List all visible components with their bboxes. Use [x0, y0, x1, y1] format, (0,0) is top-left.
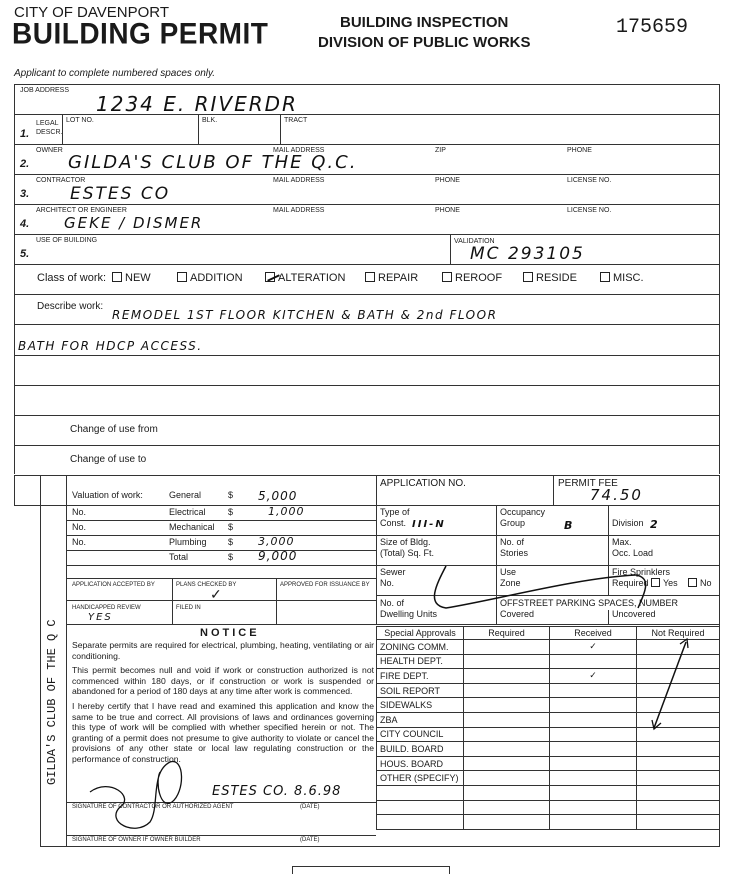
- class-option-addition[interactable]: ADDITION: [177, 272, 243, 284]
- owner-label: OWNER: [36, 147, 63, 154]
- application-no-label: APPLICATION NO.: [380, 478, 466, 489]
- not-required-arrow: [640, 636, 700, 736]
- approval-received-cell[interactable]: ✓: [550, 640, 637, 655]
- division-label: Division: [612, 518, 644, 528]
- stamp-box: [292, 866, 450, 874]
- stories-label-2: Stories: [500, 548, 528, 558]
- approval-received-cell[interactable]: [550, 756, 637, 771]
- contractor-phone-label: PHONE: [435, 177, 460, 184]
- architect-license-label: LICENSE NO.: [567, 207, 611, 214]
- architect-mail-label: MAIL ADDRESS: [273, 207, 324, 214]
- occ-load-label-1: Max.: [612, 537, 632, 547]
- contractor-label: CONTRACTOR: [36, 177, 85, 184]
- valuation-dollar-plumbing: $: [228, 537, 233, 547]
- checkbox-repair[interactable]: [365, 272, 375, 282]
- blk-label: BLK.: [202, 117, 217, 124]
- approval-received-cell[interactable]: [550, 800, 637, 815]
- page-title: BUILDING PERMIT: [12, 17, 268, 51]
- approval-name: FIRE DEPT.: [377, 669, 464, 684]
- approval-row: [377, 800, 720, 815]
- notice-paragraph-1: Separate permits are required for electr…: [72, 640, 374, 661]
- valuation-dollar-mechanical: $: [228, 522, 233, 532]
- architect-label: ARCHITECT OR ENGINEER: [36, 207, 127, 214]
- approval-required-cell[interactable]: [464, 683, 550, 698]
- type-const-label-2: Const.: [380, 518, 406, 528]
- lot-no-label: LOT NO.: [66, 117, 94, 124]
- describe-work-line-2[interactable]: BATH FOR HDCP ACCESS.: [18, 339, 203, 353]
- row-number-1: 1.: [20, 128, 29, 140]
- checkbox-alteration[interactable]: [265, 272, 275, 282]
- approval-row: OTHER (SPECIFY): [377, 771, 720, 786]
- approval-row: BUILD. BOARD: [377, 742, 720, 757]
- valuation-type-total: Total: [169, 552, 188, 562]
- owner-mail-label: MAIL ADDRESS: [273, 147, 324, 154]
- approval-received-cell[interactable]: [550, 742, 637, 757]
- handicapped-review-field[interactable]: YES: [88, 612, 113, 623]
- class-option-misc[interactable]: MISC.: [600, 272, 644, 284]
- checkbox-sprinklers-no[interactable]: [688, 578, 697, 587]
- valuation-type-plumbing: Plumbing: [169, 537, 207, 547]
- validation-field[interactable]: MC 293105: [470, 244, 585, 264]
- occupancy-field[interactable]: B: [564, 519, 574, 532]
- valuation-dollar-total: $: [228, 552, 233, 562]
- approval-received-cell[interactable]: [550, 698, 637, 713]
- job-address-field[interactable]: 1234 E. RIVERDR: [96, 92, 298, 116]
- approval-required-cell[interactable]: [464, 727, 550, 742]
- approval-not-required-cell[interactable]: [637, 785, 720, 800]
- approvals-header-name: Special Approvals: [377, 627, 464, 640]
- valuation-type-electrical: Electrical: [169, 507, 206, 517]
- approval-received-cell[interactable]: [550, 727, 637, 742]
- type-const-field[interactable]: III-N: [412, 519, 446, 530]
- valuation-dollar-electrical: $: [228, 507, 233, 517]
- owner-signature-label: SIGNATURE OF OWNER IF OWNER BUILDER: [72, 837, 201, 843]
- describe-work-line-1[interactable]: REMODEL 1ST FLOOR KITCHEN & BATH & 2nd F…: [112, 308, 497, 322]
- dept-line-2: DIVISION OF PUBLIC WORKS: [318, 34, 531, 51]
- row-number-2: 2.: [20, 158, 29, 170]
- approval-name: BUILD. BOARD: [377, 742, 464, 757]
- owner-zip-label: ZIP: [435, 147, 446, 154]
- type-const-label-1: Type of: [380, 507, 410, 517]
- row-number-5: 5.: [20, 248, 29, 260]
- change-use-to-label: Change of use to: [70, 454, 146, 465]
- valuation-value-general[interactable]: 5,000: [258, 489, 297, 503]
- instruction: Applicant to complete numbered spaces on…: [14, 68, 215, 79]
- approval-required-cell[interactable]: [464, 669, 550, 684]
- class-option-alteration[interactable]: ALTERATION: [265, 272, 345, 284]
- approvals-header-required: Required: [464, 627, 550, 640]
- owner-field[interactable]: GILDA'S CLUB OF THE Q.C.: [68, 152, 357, 173]
- handicapped-review-label: HANDICAPPED REVIEW: [72, 605, 141, 611]
- tract-label: TRACT: [284, 117, 307, 124]
- approval-row: [377, 785, 720, 800]
- occupancy-label-1: Occupancy: [500, 507, 545, 517]
- change-use-from-label: Change of use from: [70, 424, 158, 435]
- valuation-no-electrical: No.: [72, 507, 86, 517]
- approval-name[interactable]: [377, 815, 464, 830]
- occupancy-label-2: Group: [500, 518, 525, 528]
- signature-scribble: [80, 752, 190, 842]
- notice-title: NOTICE: [200, 627, 260, 639]
- approval-received-cell[interactable]: [550, 815, 637, 830]
- plans-checked-label: PLANS CHECKED BY: [176, 582, 236, 588]
- approval-name: HEALTH DEPT.: [377, 654, 464, 669]
- approval-row: [377, 815, 720, 830]
- approval-name: HOUS. BOARD: [377, 756, 464, 771]
- permit-fee-field[interactable]: 74.50: [590, 486, 643, 504]
- approval-name: ZBA: [377, 712, 464, 727]
- class-option-reroof[interactable]: REROOF: [442, 272, 502, 284]
- approval-required-cell[interactable]: [464, 712, 550, 727]
- valuation-type-general: General: [169, 490, 201, 500]
- class-option-repair[interactable]: REPAIR: [365, 272, 418, 284]
- class-option-reside[interactable]: RESIDE: [523, 272, 577, 284]
- row-number-3: 3.: [20, 188, 29, 200]
- contractor-mail-label: MAIL ADDRESS: [273, 177, 324, 184]
- approvals-header-received: Received: [550, 627, 637, 640]
- checkbox-reside[interactable]: [523, 272, 533, 282]
- notice-paragraph-2: This permit becomes null and void if wor…: [72, 665, 374, 697]
- valuation-dollar-general: $: [228, 490, 233, 500]
- stories-label-1: No. of: [500, 537, 524, 547]
- valuation-value-total[interactable]: 9,000: [258, 549, 297, 563]
- approval-required-cell[interactable]: [464, 771, 550, 786]
- class-of-work-label: Class of work:: [37, 272, 106, 284]
- checkbox-reroof[interactable]: [442, 272, 452, 282]
- approval-name: ZONING COMM.: [377, 640, 464, 655]
- valuation-value-electrical[interactable]: 1,000: [268, 505, 305, 518]
- approval-name: SIDEWALKS: [377, 698, 464, 713]
- valuation-type-mechanical: Mechanical: [169, 522, 215, 532]
- job-address-label: JOB ADDRESS: [20, 87, 69, 94]
- contractor-license-label: LICENSE NO.: [567, 177, 611, 184]
- sprinklers-no[interactable]: No: [688, 578, 712, 588]
- approval-required-cell[interactable]: [464, 756, 550, 771]
- approval-not-required-cell[interactable]: [637, 742, 720, 757]
- size-label-1: Size of Bldg.: [380, 537, 431, 547]
- approval-received-cell[interactable]: [550, 683, 637, 698]
- margin-owner: GILDA'S CLUB OF THE Q C: [45, 585, 59, 785]
- approval-required-cell[interactable]: [464, 640, 550, 655]
- valuation-no-mechanical: No.: [72, 522, 86, 532]
- valuation-value-plumbing[interactable]: 3,000: [258, 535, 295, 548]
- approval-received-cell[interactable]: [550, 771, 637, 786]
- approval-received-cell[interactable]: [550, 785, 637, 800]
- approval-not-required-cell[interactable]: [637, 756, 720, 771]
- architect-phone-label: PHONE: [435, 207, 460, 214]
- permit-number: 175659: [616, 16, 688, 39]
- occ-load-label-2: Occ. Load: [612, 548, 653, 558]
- scribble-mark: [376, 560, 656, 620]
- dept-line-1: BUILDING INSPECTION: [340, 14, 508, 31]
- checkbox-addition[interactable]: [177, 272, 187, 282]
- describe-work-label: Describe work:: [37, 301, 103, 312]
- approval-row: HOUS. BOARD: [377, 756, 720, 771]
- approval-received-cell[interactable]: ✓: [550, 669, 637, 684]
- valuation-label: Valuation of work:: [72, 490, 143, 500]
- owner-phone-label: PHONE: [567, 147, 592, 154]
- approval-received-cell[interactable]: [550, 654, 637, 669]
- class-option-new[interactable]: NEW: [112, 272, 151, 284]
- approval-name[interactable]: [377, 785, 464, 800]
- plans-checked-mark: ✓: [210, 586, 222, 603]
- approval-required-cell[interactable]: [464, 785, 550, 800]
- approval-required-cell[interactable]: [464, 815, 550, 830]
- approval-name[interactable]: [377, 800, 464, 815]
- filed-in-label: FILED IN: [176, 605, 201, 611]
- approved-by-label: APPROVED FOR ISSUANCE BY: [280, 582, 370, 588]
- approval-received-cell[interactable]: [550, 712, 637, 727]
- approval-name: OTHER (SPECIFY): [377, 771, 464, 786]
- division-field[interactable]: 2: [650, 518, 660, 531]
- checkbox-new[interactable]: [112, 272, 122, 282]
- approval-required-cell[interactable]: [464, 654, 550, 669]
- approval-name: CITY COUNCIL: [377, 727, 464, 742]
- contractor-signature-field[interactable]: ESTES CO. 8.6.98: [212, 784, 341, 799]
- approval-not-required-cell[interactable]: [637, 771, 720, 786]
- approval-name: SOIL REPORT: [377, 683, 464, 698]
- approval-not-required-cell[interactable]: [637, 815, 720, 830]
- architect-field[interactable]: GEKE / DISMER: [64, 214, 203, 232]
- legal-label-2: DESCR.: [36, 129, 62, 136]
- accepted-by-label: APPLICATION ACCEPTED BY: [72, 582, 155, 588]
- checkbox-misc[interactable]: [600, 272, 610, 282]
- approval-required-cell[interactable]: [464, 698, 550, 713]
- contractor-signature-date-label: (DATE): [300, 804, 320, 810]
- size-label-2: (Total) Sq. Ft.: [380, 548, 434, 558]
- approval-not-required-cell[interactable]: [637, 800, 720, 815]
- owner-signature-date-label: (DATE): [300, 837, 320, 843]
- row-number-4: 4.: [20, 218, 29, 230]
- valuation-no-plumbing: No.: [72, 537, 86, 547]
- legal-label-1: LEGAL: [36, 120, 59, 127]
- approval-required-cell[interactable]: [464, 800, 550, 815]
- approval-required-cell[interactable]: [464, 742, 550, 757]
- use-of-building-label: USE OF BUILDING: [36, 237, 97, 244]
- contractor-field[interactable]: ESTES CO: [70, 184, 170, 204]
